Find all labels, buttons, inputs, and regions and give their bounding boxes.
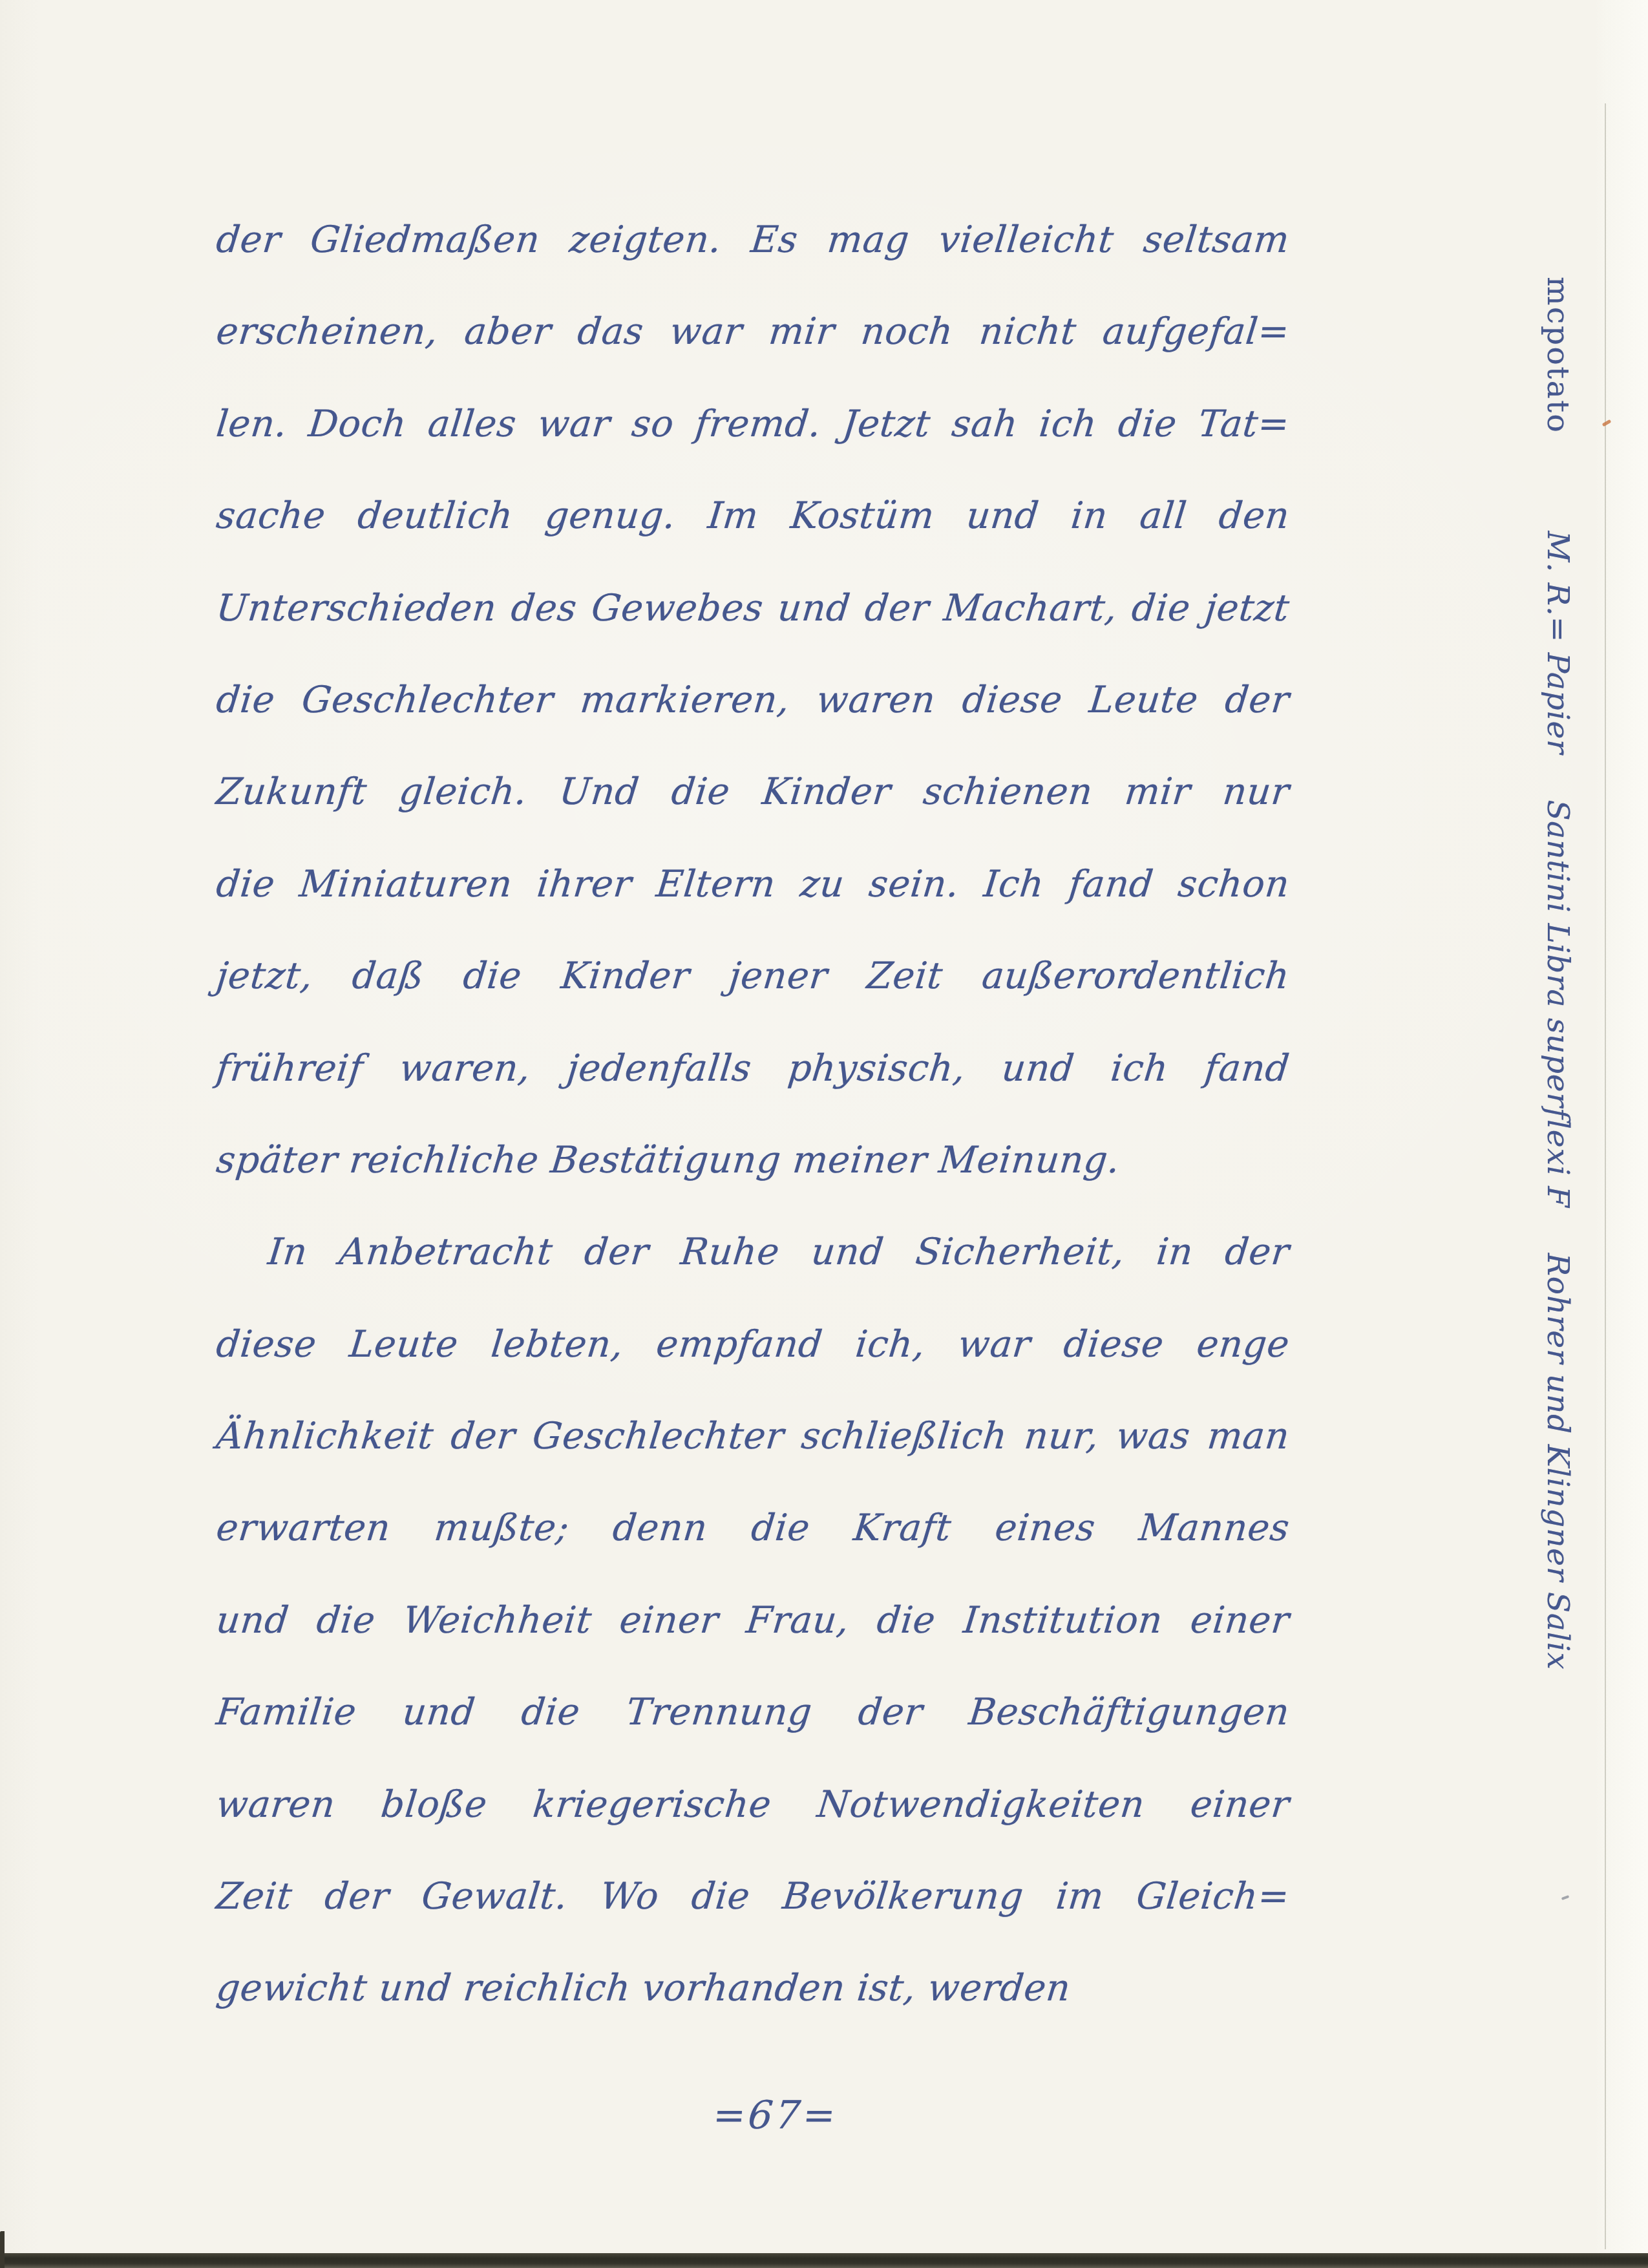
handwritten-line: erscheinen, aber das war mir noch nicht … <box>212 286 1294 377</box>
handwritten-line: Zeit der Gewalt. Wo die Bevölkerung im G… <box>212 1850 1294 1942</box>
paper-speck <box>1602 419 1612 427</box>
handwritten-line: sache deutlich genug. Im Kostüm und in a… <box>212 470 1294 562</box>
margin-note-username: mcpotato <box>1540 277 1576 434</box>
handwritten-line: Ähnlichkeit der Geschlechter schließlich… <box>212 1390 1294 1482</box>
handwritten-line: frühreif waren, jedenfalls physisch, und… <box>212 1023 1294 1114</box>
margin-note-ink: Rohrer und Klingner Salix <box>1540 1253 1576 1670</box>
handwritten-line: der Gliedmaßen zeigten. Es mag vielleich… <box>212 194 1294 286</box>
scan-bottom-edge <box>0 2253 1648 2268</box>
margin-note-pen: Santini Libra superflexi F <box>1540 800 1576 1207</box>
handwritten-page: der Gliedmaßen zeigten. Es mag vielleich… <box>0 0 1648 2268</box>
handwritten-line: die Miniaturen ihrer Eltern zu sein. Ich… <box>212 838 1294 930</box>
handwritten-line: In Anbetracht der Ruhe und Sicherheit, i… <box>212 1206 1294 1298</box>
handwritten-line: waren bloße kriegerische Notwendigkeiten… <box>212 1759 1294 1850</box>
handwritten-line: len. Doch alles war so fremd. Jetzt sah … <box>212 378 1294 470</box>
handwritten-line: später reichliche Bestätigung meiner Mei… <box>212 1114 1294 1206</box>
handwritten-line: Zukunft gleich. Und die Kinder schienen … <box>212 746 1294 838</box>
margin-annotations: mcpotatoM. R.= PapierSantini Libra super… <box>1540 277 1576 1715</box>
page-number: =67= <box>657 2093 894 2138</box>
margin-note-paper: M. R.= Papier <box>1540 531 1576 754</box>
handwritten-line: Familie und die Trennung der Beschäftigu… <box>212 1666 1294 1758</box>
scan-corner-shadow <box>0 2231 5 2268</box>
handwritten-line: gewicht und reichlich vorhanden ist, wer… <box>212 1942 1294 2034</box>
handwritten-line: diese Leute lebten, empfand ich, war die… <box>212 1298 1294 1390</box>
text-body: der Gliedmaßen zeigten. Es mag vielleich… <box>217 194 1289 2035</box>
handwritten-line: die Geschlechter markieren, waren diese … <box>212 654 1294 746</box>
paper-speck <box>1561 1895 1570 1900</box>
handwritten-line: erwarten mußte; denn die Kraft eines Man… <box>212 1482 1294 1574</box>
handwritten-line: und die Weichheit einer Frau, die Instit… <box>212 1574 1294 1666</box>
handwritten-line: jetzt, daß die Kinder jener Zeit außeror… <box>212 930 1294 1022</box>
handwritten-line: Unterschieden des Gewebes und der Machar… <box>212 562 1294 654</box>
